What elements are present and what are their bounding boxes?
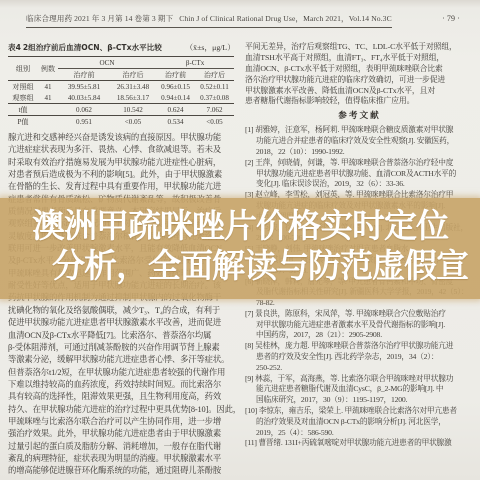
reference-line: [9] 林蕊，于军，高海燕，等. 比索洛尔联合甲巯咪唑对甲状腺功 — [245, 374, 474, 385]
cell-n: 41 — [38, 92, 58, 104]
discussion-text-left: 腺亢进和交感神经兴奋是诱发该病的直接原因。甲状腺功能亢进症症状表现为多汗、畏热、… — [8, 132, 235, 478]
cell-value: 40.03±5.84 — [58, 92, 110, 104]
cell-value: 10.542 — [110, 104, 156, 116]
col-header-bctx-pre: 治疗前 — [156, 69, 195, 81]
cell-value: 0.94±0.14 — [156, 92, 195, 104]
text-line: 甲状腺激素水平改善、降低血清OCN及β-CTx水平，且对 — [245, 86, 474, 97]
reference-line: 78-82. — [245, 298, 474, 309]
cell-value: 7.062 — [195, 104, 234, 116]
watermark-overlay: 澳洲甲疏咪唑片价格实时定位 分析，全面解读与防范虚假宣 — [0, 198, 480, 299]
text-line: β-受体阻滞剂，可通过削减茶酚胺的兴奋作用调节肾上腺素 — [8, 342, 235, 354]
text-line: 患者糖脂代谢指标影响较轻，值得临床推广应用。 — [245, 96, 474, 107]
reference-line: 国临床研究，2017，30（9）：1195-1197，1200. — [245, 395, 474, 406]
table-caption-title: 2组治疗前后血清OCN、β-CTx水平比较 — [23, 43, 162, 52]
cell-value: <0.05 — [195, 116, 234, 128]
text-line: 扰碘化物的氧化及络氨酸偶联，减少T₃、T₄的合成，有利于 — [8, 305, 235, 317]
cell-value: 26.31±3.48 — [110, 81, 156, 93]
cell-value: 39.95±5.81 — [58, 81, 110, 93]
reference-line: [2] 王萍，何晓倩，何谦，等. 甲巯咪唑联合普萘洛尔治疗轻中度 — [245, 158, 474, 169]
reference-line: 甲状腺功能亢进症患者甲状腺功能、血清COR及ACTH水平的 — [245, 169, 474, 180]
reference-line: 患者的疗效及安全性[J]. 西北药学杂志，2019，34（2）： — [245, 352, 474, 363]
text-line: 在骨骼的生长、发育过程中具有重要作用，甲状腺功能亢进 — [8, 181, 235, 193]
references-title: 参考文献 — [245, 110, 474, 123]
reference-line: [1] 胡雅婷，汪意军，杨阿莉. 甲巯咪唑联合糖皮质激素对甲状腺 — [245, 125, 474, 136]
table-4: 组别 例数 OCN β-CTx 治疗前 治疗后 治疗前 治疗后 对照组 41 3… — [8, 56, 234, 127]
text-line: 血清OCN、β-CTx水平低于对照组，表明甲巯咪唑联合比索 — [245, 64, 474, 75]
text-line: 等激素分泌，缓解甲状腺功能亢进症患者心悸、多汗等症状。 — [8, 354, 235, 366]
watermark-line-2: 分析，全面解读与防范虚假宣 — [0, 240, 480, 287]
cell-value: 0.951 — [58, 116, 110, 128]
table-caption-unit: （x̄±s，μg/L） — [185, 42, 235, 53]
text-line: 亢进症症状表现为多汗、畏热、心悸、食欲减退等。若未及 — [8, 144, 235, 156]
text-line: 强治疗效果。此外，甲状腺功能亢进症患者由于甲状腺激素 — [8, 428, 235, 440]
reference-line: 变化[J]. 临床误诊误治，2019，32（6）：33-36. — [245, 179, 474, 190]
col-header-ocn: OCN — [58, 57, 156, 69]
text-line: 持久、在甲状腺功能亢进症的治疗过程中更具优势[8-10]。因此， — [8, 404, 235, 416]
reference-line: 2019，25（4）：586-590. — [245, 428, 474, 439]
text-line: 血清TSH水平高于对照组，血清FT₃、FT₄水平低于对照组， — [245, 53, 474, 64]
journal-title-cn: 临床合理用药 2021 年 3 月第 14 卷第 3 期下 — [26, 14, 173, 23]
text-line: 下难以维持较高的血药浓度，药效持续时间短。而比索洛尔 — [8, 379, 235, 391]
col-header-ocn-post: 治疗后 — [110, 69, 156, 81]
reference-line: 功能亢进合并症患者的临床疗效及安全性观察[J]. 安徽医药， — [245, 136, 474, 147]
cell-group: 观察组 — [8, 92, 38, 104]
reference-line: 的治疗效果及对血清OCN β-CTx的影响分析[J]. 河北医学， — [245, 417, 474, 428]
cell-value: 0.52±0.11 — [195, 81, 234, 93]
page-number: · 79 · — [442, 14, 460, 23]
text-line: 紊乱的病理特征，症状表现为明显的消瘦。甲状腺激素水平 — [8, 453, 235, 465]
cell-n — [38, 116, 58, 128]
journal-header-line: 临床合理用药 2021 年 3 月第 14 卷第 3 期下 Chin J of … — [26, 13, 392, 28]
text-line: 过量引起的蛋白质及脂肪分解、消耗增加，一般存在脂代谢 — [8, 441, 235, 453]
cell-group: P值 — [8, 116, 38, 128]
table-row: 对照组 41 39.95±5.81 26.31±3.48 0.96±0.15 0… — [8, 81, 234, 93]
page-header: 临床合理用药 2021 年 3 月第 14 卷第 3 期下 Chin J of … — [26, 13, 466, 27]
text-line: 时采取有效治疗措施易发展为甲状腺功能亢进症性心脏病， — [8, 157, 235, 169]
cell-value: <0.05 — [110, 116, 156, 128]
reference-line: 中国药房，2017，28（21）：2905-2908. — [245, 330, 474, 341]
cell-value: 18.56±3.17 — [110, 92, 156, 104]
reference-line: 250-252. — [245, 363, 474, 374]
reference-line: 对甲状腺功能亢进症患者激素水平及骨代谢指标的影响[J]. — [245, 320, 474, 331]
col-header-ocn-pre: 治疗前 — [58, 69, 110, 81]
cell-group: 对照组 — [8, 81, 38, 93]
reference-line: 2018，22（10）：1990-1992. — [245, 147, 474, 158]
cell-value: 0.37±0.08 — [195, 92, 234, 104]
cell-value: 0.534 — [156, 116, 195, 128]
journal-title-en: Chin J of Clinical Rational Drug Use，Mar… — [179, 14, 392, 23]
text-line: 甲巯咪唑与比索洛尔联合治疗可以产生协同作用，进一步增 — [8, 416, 235, 428]
cell-value: 0.624 — [156, 104, 195, 116]
text-line: 平间无差异，治疗后观察组TG、TC、LDL-C水平低于对照组， — [245, 42, 474, 53]
text-line: 具有较高的选择性，阻滞效果更强，且生物利用度高，药效 — [8, 391, 235, 403]
text-line: 对患者预后造成极为不利的影响[5]。此外，由于甲状腺激素 — [8, 169, 235, 181]
text-line: 但普萘洛尔t1/2短，在甲状腺功能亢进症患者较强的代谢作用 — [8, 367, 235, 379]
reference-line: [8] 吴桂林，庞力超. 甲巯咪唑联合普萘洛尔治疗甲状腺功能亢进 — [245, 341, 474, 352]
table-caption: 表4 2组治疗前后血清OCN、β-CTx水平比较 （x̄±s，μg/L） — [8, 42, 235, 55]
cell-n — [38, 104, 58, 116]
text-line: 促进甲状腺功能亢进症患者甲状腺激素水平改善，进而促进 — [8, 317, 235, 329]
table-caption-main: 表4 2组治疗前后血清OCN、β-CTx水平比较 — [8, 42, 162, 53]
text-line: 的增高能够促进腺苷环化酶系统的功能，通过阻碍儿茶酚胺 — [8, 465, 235, 477]
reference-line: 能亢进症患者糖脂代谢及血清CysC，β_2-MG的影响[J]. 中 — [245, 384, 474, 395]
table-row: 观察组 41 40.03±5.84 18.56±3.17 0.94±0.14 0… — [8, 92, 234, 104]
col-header-bctx-post: 治疗后 — [195, 69, 234, 81]
discussion-text-right: 平间无差异，治疗后观察组TG、TC、LDL-C水平低于对照组，血清TSH水平高于… — [245, 42, 474, 107]
table-row: P值 0.951 <0.05 0.534 <0.05 — [8, 116, 234, 128]
reference-line: [11] 曹晋绪. 131I+丙硫氧嘧啶对甲状腺功能亢进患者的甲状腺激 — [245, 438, 474, 449]
text-line: 洛尔治疗甲状腺功能亢进症的临床疗效确切，可进一步促进 — [245, 75, 474, 86]
reference-line: [10] 李惊东，雍吉乐，梁荣上. 甲巯咪唑联合比索洛尔对甲亢患者 — [245, 406, 474, 417]
col-header-n: 例数 — [38, 57, 58, 81]
col-header-group: 组别 — [8, 57, 38, 81]
cell-value: 0.062 — [58, 104, 110, 116]
cell-group: t值 — [8, 104, 38, 116]
text-line: 血清OCN及β-CTx水平降低[7]。比索洛尔、普萘洛尔均属 — [8, 330, 235, 342]
text-line: 腺亢进和交感神经兴奋是诱发该病的直接原因。甲状腺功能 — [8, 132, 235, 144]
table-row: t值 0.062 10.542 0.624 7.062 — [8, 104, 234, 116]
cell-n: 41 — [38, 81, 58, 93]
col-header-bctx: β-CTx — [156, 57, 234, 69]
journal-page: 临床合理用药 2021 年 3 月第 14 卷第 3 期下 Chin J of … — [0, 0, 480, 480]
table-caption-label: 表4 — [8, 43, 21, 52]
cell-value: 0.96±0.15 — [156, 81, 195, 93]
reference-line: [7] 景良洪，陈原科，宋凤萍，等. 甲巯咪唑联合穴位敷贴治疗 — [245, 309, 474, 320]
